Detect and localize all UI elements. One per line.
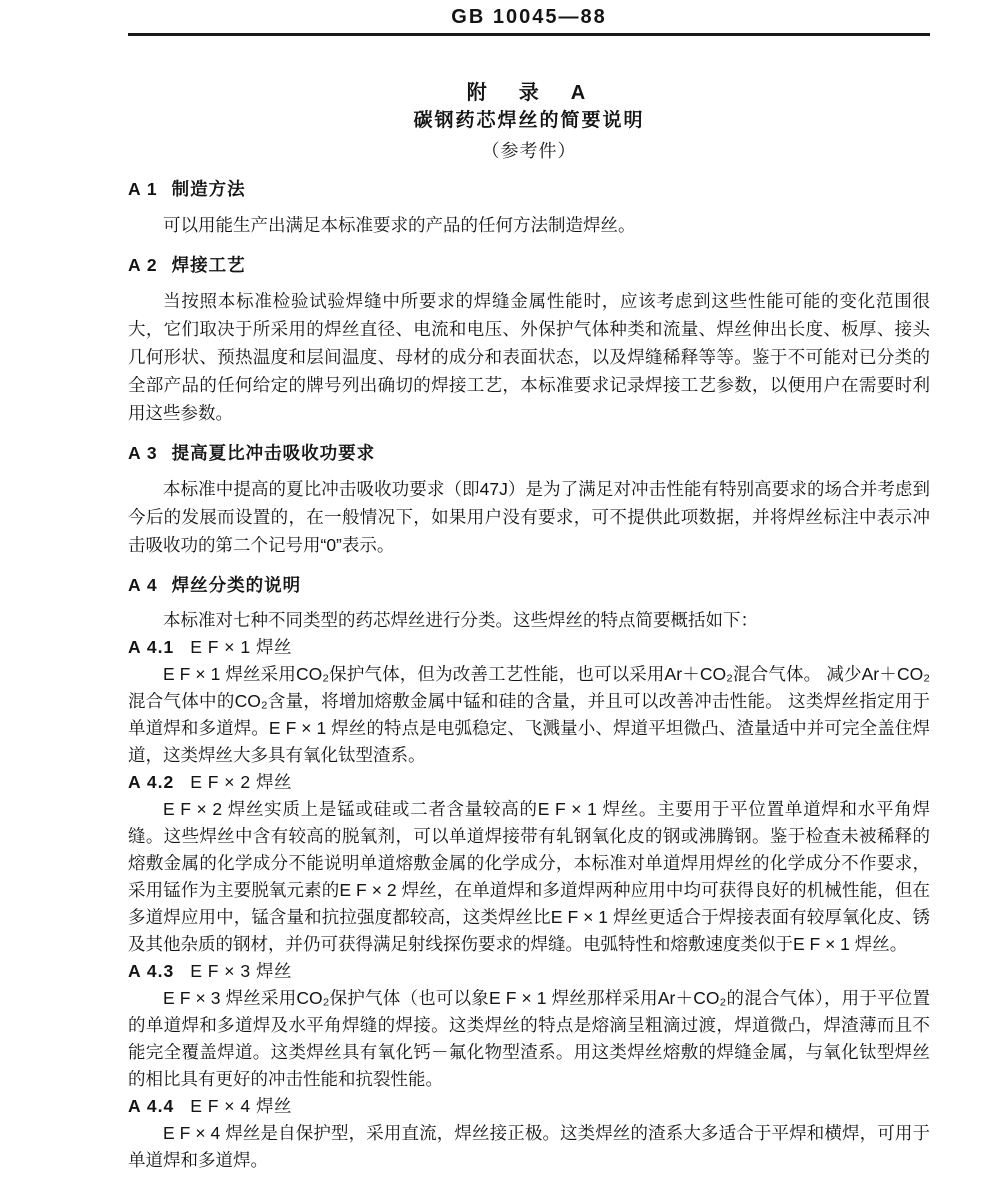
section-a2: A 2焊接工艺 当按照本标准检验试验焊缝中所要求的焊缝金属性能时，应该考虑到这些… bbox=[128, 253, 930, 427]
section-a3: A 3提高夏比冲击吸收功要求 本标准中提高的夏比冲击吸收功要求（即47J）是为了… bbox=[128, 441, 930, 559]
subsection-a4-1: A 4.1E F × 1 焊丝 E F × 1 焊丝采用CO₂保护气体，但为改善… bbox=[128, 634, 930, 769]
subsection-a4-4-paragraph: E F × 4 焊丝是自保护型，采用直流，焊丝接正极。这类焊丝的渣系大多适合于平… bbox=[128, 1120, 930, 1174]
subsection-a4-2: A 4.2E F × 2 焊丝 E F × 2 焊丝实质上是锰或硅或二者含量较高… bbox=[128, 769, 930, 958]
section-a2-number: A 2 bbox=[128, 255, 158, 275]
appendix-title: 附 录 A bbox=[128, 81, 930, 105]
subsection-a4-3-paragraph: E F × 3 焊丝采用CO₂保护气体（也可以象E F × 1 焊丝那样采用Ar… bbox=[128, 985, 930, 1093]
subsection-a4-4-title: E F × 4 焊丝 bbox=[190, 1096, 292, 1116]
subsection-a4-2-heading: A 4.2E F × 2 焊丝 bbox=[128, 769, 930, 796]
section-a1-title: 制造方法 bbox=[172, 179, 246, 199]
subsection-a4-4: A 4.4E F × 4 焊丝 E F × 4 焊丝是自保护型，采用直流，焊丝接… bbox=[128, 1093, 930, 1174]
section-a4: A 4焊丝分类的说明 本标准对七种不同类型的药芯焊丝进行分类。这些焊丝的特点简要… bbox=[128, 573, 930, 1174]
section-a3-number: A 3 bbox=[128, 443, 158, 463]
subsection-a4-1-heading: A 4.1E F × 1 焊丝 bbox=[128, 634, 930, 661]
section-a1-paragraph: 可以用能生产出满足本标准要求的产品的任何方法制造焊丝。 bbox=[128, 211, 930, 239]
section-a3-title: 提高夏比冲击吸收功要求 bbox=[172, 443, 376, 463]
header-rule bbox=[128, 33, 930, 36]
section-a1-heading: A 1制造方法 bbox=[128, 177, 930, 201]
section-a2-paragraph: 当按照本标准检验试验焊缝中所要求的焊缝金属性能时，应该考虑到这些性能可能的变化范… bbox=[128, 287, 930, 427]
section-a4-title: 焊丝分类的说明 bbox=[172, 575, 302, 595]
section-a4-heading: A 4焊丝分类的说明 bbox=[128, 573, 930, 597]
document-page: GB 10045—88 附 录 A 碳钢药芯焊丝的简要说明 （参考件） A 1制… bbox=[0, 0, 992, 1180]
standard-number: GB 10045—88 bbox=[128, 6, 930, 28]
subsection-a4-2-number: A 4.2 bbox=[128, 772, 174, 792]
section-a3-heading: A 3提高夏比冲击吸收功要求 bbox=[128, 441, 930, 465]
subsection-a4-4-number: A 4.4 bbox=[128, 1096, 174, 1116]
section-a4-intro-paragraph: 本标准对七种不同类型的药芯焊丝进行分类。这些焊丝的特点简要概括如下： bbox=[128, 607, 930, 634]
section-a1-number: A 1 bbox=[128, 179, 158, 199]
section-a4-number: A 4 bbox=[128, 575, 158, 595]
section-a2-title: 焊接工艺 bbox=[172, 255, 246, 275]
page-header: GB 10045—88 bbox=[128, 6, 930, 36]
subsection-a4-3-title: E F × 3 焊丝 bbox=[190, 961, 292, 981]
title-block: 附 录 A 碳钢药芯焊丝的简要说明 （参考件） bbox=[128, 81, 930, 163]
subsection-a4-4-heading: A 4.4E F × 4 焊丝 bbox=[128, 1093, 930, 1120]
subsection-a4-3: A 4.3E F × 3 焊丝 E F × 3 焊丝采用CO₂保护气体（也可以象… bbox=[128, 958, 930, 1093]
subsection-a4-1-title: E F × 1 焊丝 bbox=[190, 637, 292, 657]
section-a2-heading: A 2焊接工艺 bbox=[128, 253, 930, 277]
subsection-a4-1-number: A 4.1 bbox=[128, 637, 174, 657]
reference-note: （参考件） bbox=[128, 139, 930, 163]
subsection-a4-2-paragraph: E F × 2 焊丝实质上是锰或硅或二者含量较高的E F × 1 焊丝。主要用于… bbox=[128, 796, 930, 958]
subsection-a4-1-paragraph: E F × 1 焊丝采用CO₂保护气体，但为改善工艺性能，也可以采用Ar＋CO₂… bbox=[128, 661, 930, 769]
document-title: 碳钢药芯焊丝的简要说明 bbox=[128, 109, 930, 133]
subsection-a4-2-title: E F × 2 焊丝 bbox=[190, 772, 292, 792]
section-a1: A 1制造方法 可以用能生产出满足本标准要求的产品的任何方法制造焊丝。 bbox=[128, 177, 930, 239]
section-a3-paragraph: 本标准中提高的夏比冲击吸收功要求（即47J）是为了满足对冲击性能有特别高要求的场… bbox=[128, 475, 930, 559]
subsection-a4-3-heading: A 4.3E F × 3 焊丝 bbox=[128, 958, 930, 985]
subsection-a4-3-number: A 4.3 bbox=[128, 961, 174, 981]
